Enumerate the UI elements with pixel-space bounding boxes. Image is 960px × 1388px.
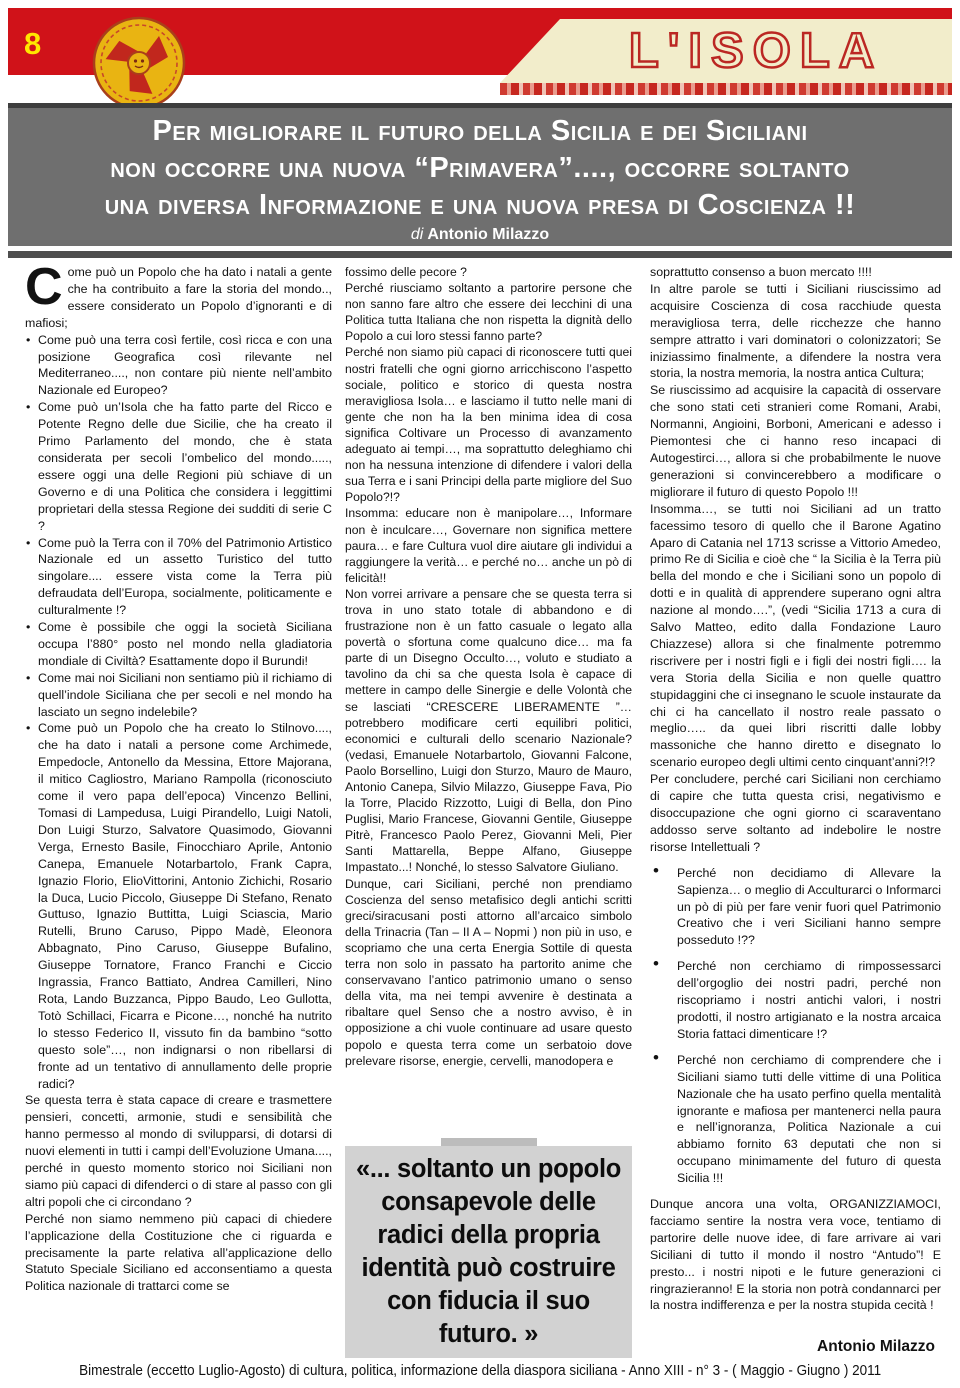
masthead-panel: L'ISOLA bbox=[500, 19, 952, 83]
footer-text: Bimestrale (eccetto Luglio-Agosto) di cu… bbox=[79, 1363, 881, 1379]
headline-box: Per migliorare il futuro della Sicilia e… bbox=[8, 103, 952, 246]
byline: diAntonio Milazzo bbox=[8, 226, 952, 244]
body-paragraph: Insomma: educare non è manipolare…, Info… bbox=[345, 505, 632, 585]
body-paragraph: Perché riusciamo soltanto a partorire pe… bbox=[345, 280, 632, 344]
drop-cap: C bbox=[25, 264, 68, 308]
headline-line-3: una diversa Informazione e una nuova pre… bbox=[8, 187, 952, 224]
list-item: Come mai noi Siciliani non sentiamo più … bbox=[25, 670, 332, 721]
page-number: 8 bbox=[24, 26, 41, 62]
body-paragraph: Perché non siamo nemmeno più capaci di c… bbox=[25, 1211, 332, 1296]
pull-quote-box: «... soltanto un popolo consapevole dell… bbox=[345, 1146, 632, 1358]
body-paragraph: In altre parole se tutti i Siciliani riu… bbox=[650, 281, 941, 382]
list-item: Come può un Popolo che ha creato lo Stil… bbox=[25, 720, 332, 1092]
body-paragraph: Se riuscissimo ad acquisire la capacità … bbox=[650, 382, 941, 500]
body-paragraph: Per concludere, perché cari Siciliani no… bbox=[650, 771, 941, 856]
author-signature: Antonio Milazzo bbox=[650, 1337, 941, 1358]
list-item: Perché non decidiamo di Allevare la Sapi… bbox=[650, 865, 941, 950]
intro-text: ome può un Popolo che ha dato i natali a… bbox=[25, 265, 332, 330]
intro-paragraph: Come può un Popolo che ha dato i natali … bbox=[25, 264, 332, 332]
headline-line-1: Per migliorare il futuro della Sicilia e… bbox=[8, 113, 952, 150]
column-right-text: soprattutto consenso a buon mercato !!!!… bbox=[650, 264, 941, 1337]
masthead-banner: 8 L'ISOLA bbox=[8, 8, 952, 108]
column-middle: fossimo delle pecore ? Perché riusciamo … bbox=[345, 264, 632, 1358]
column-left: Come può un Popolo che ha dato i natali … bbox=[25, 264, 332, 1358]
headline-line-2: non occorre una nuova “Primavera”...., o… bbox=[8, 150, 952, 187]
masthead-underline-decoration bbox=[500, 83, 952, 95]
body-paragraph: Dunque, cari Siciliani, perché non prend… bbox=[345, 876, 632, 1069]
column-middle-text: fossimo delle pecore ? Perché riusciamo … bbox=[345, 264, 632, 1136]
body-paragraph: Se questa terra è stata capace di creare… bbox=[25, 1092, 332, 1210]
divider-bar bbox=[8, 251, 952, 258]
byline-prefix: di bbox=[411, 226, 423, 243]
list-item: Come può un’Isola che ha fatto parte del… bbox=[25, 399, 332, 534]
body-paragraph: Perché non siamo più capaci di riconosce… bbox=[345, 344, 632, 505]
body-paragraph: soprattutto consenso a buon mercato !!!! bbox=[650, 264, 941, 281]
byline-author: Antonio Milazzo bbox=[427, 226, 549, 243]
body-paragraph: Insomma…, se tutti noi Siciliani ad un t… bbox=[650, 501, 941, 772]
body-paragraph: Non vorrei arrivare a pensare che se que… bbox=[345, 586, 632, 876]
list-item: Perché non cerchiamo di rimpossessarci d… bbox=[650, 958, 941, 1043]
pull-quote-text: «... soltanto un popolo consapevole dell… bbox=[351, 1153, 626, 1351]
newspaper-page: 8 L'ISOLA Per migliorare il futuro dell bbox=[0, 0, 960, 1388]
trinacria-logo-icon bbox=[92, 16, 186, 110]
list-item: Come può la Terra con il 70% del Patrimo… bbox=[25, 535, 332, 620]
list-item: Come è possibile che oggi la società Sic… bbox=[25, 619, 332, 670]
column-right: soprattutto consenso a buon mercato !!!!… bbox=[650, 264, 941, 1358]
masthead-title: L'ISOLA bbox=[629, 27, 883, 76]
list-item: Come può una terra così fertile, così ri… bbox=[25, 332, 332, 400]
body-paragraph: fossimo delle pecore ? bbox=[345, 264, 632, 280]
footer: Bimestrale (eccetto Luglio-Agosto) di cu… bbox=[0, 1363, 960, 1379]
list-item: Perché non cerchiamo di comprendere che … bbox=[650, 1052, 941, 1187]
article-columns: Come può un Popolo che ha dato i natali … bbox=[25, 264, 941, 1358]
body-paragraph: Dunque ancora una volta, ORGANIZZIAMOCI,… bbox=[650, 1196, 941, 1314]
